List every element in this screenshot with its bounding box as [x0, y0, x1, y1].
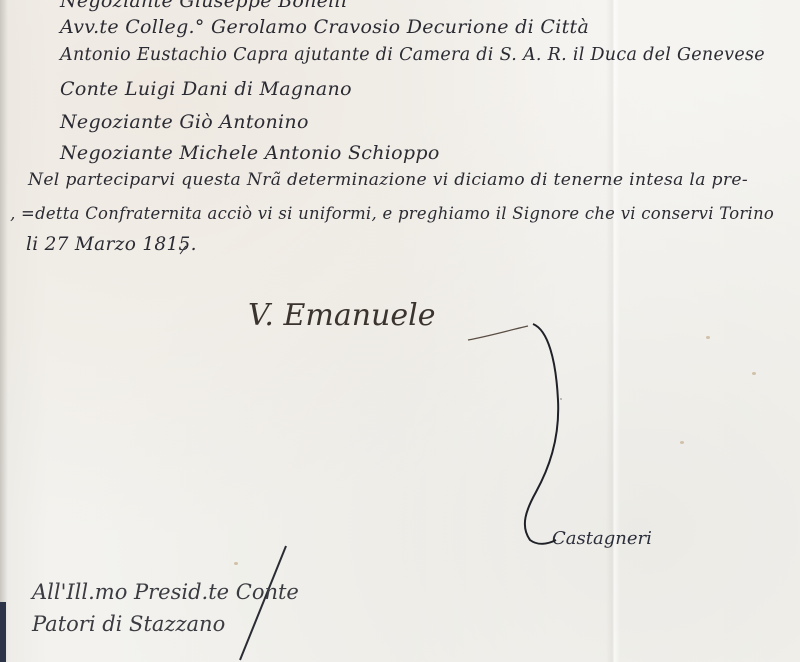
pen-strokes — [0, 0, 800, 662]
address-line: All'Ill.mo Presid.te Conte — [32, 580, 299, 604]
signature-flourish — [468, 326, 528, 340]
date-underline — [180, 246, 186, 254]
address-line: Patori di Stazzano — [32, 612, 225, 636]
paraph-flourish — [525, 324, 558, 544]
